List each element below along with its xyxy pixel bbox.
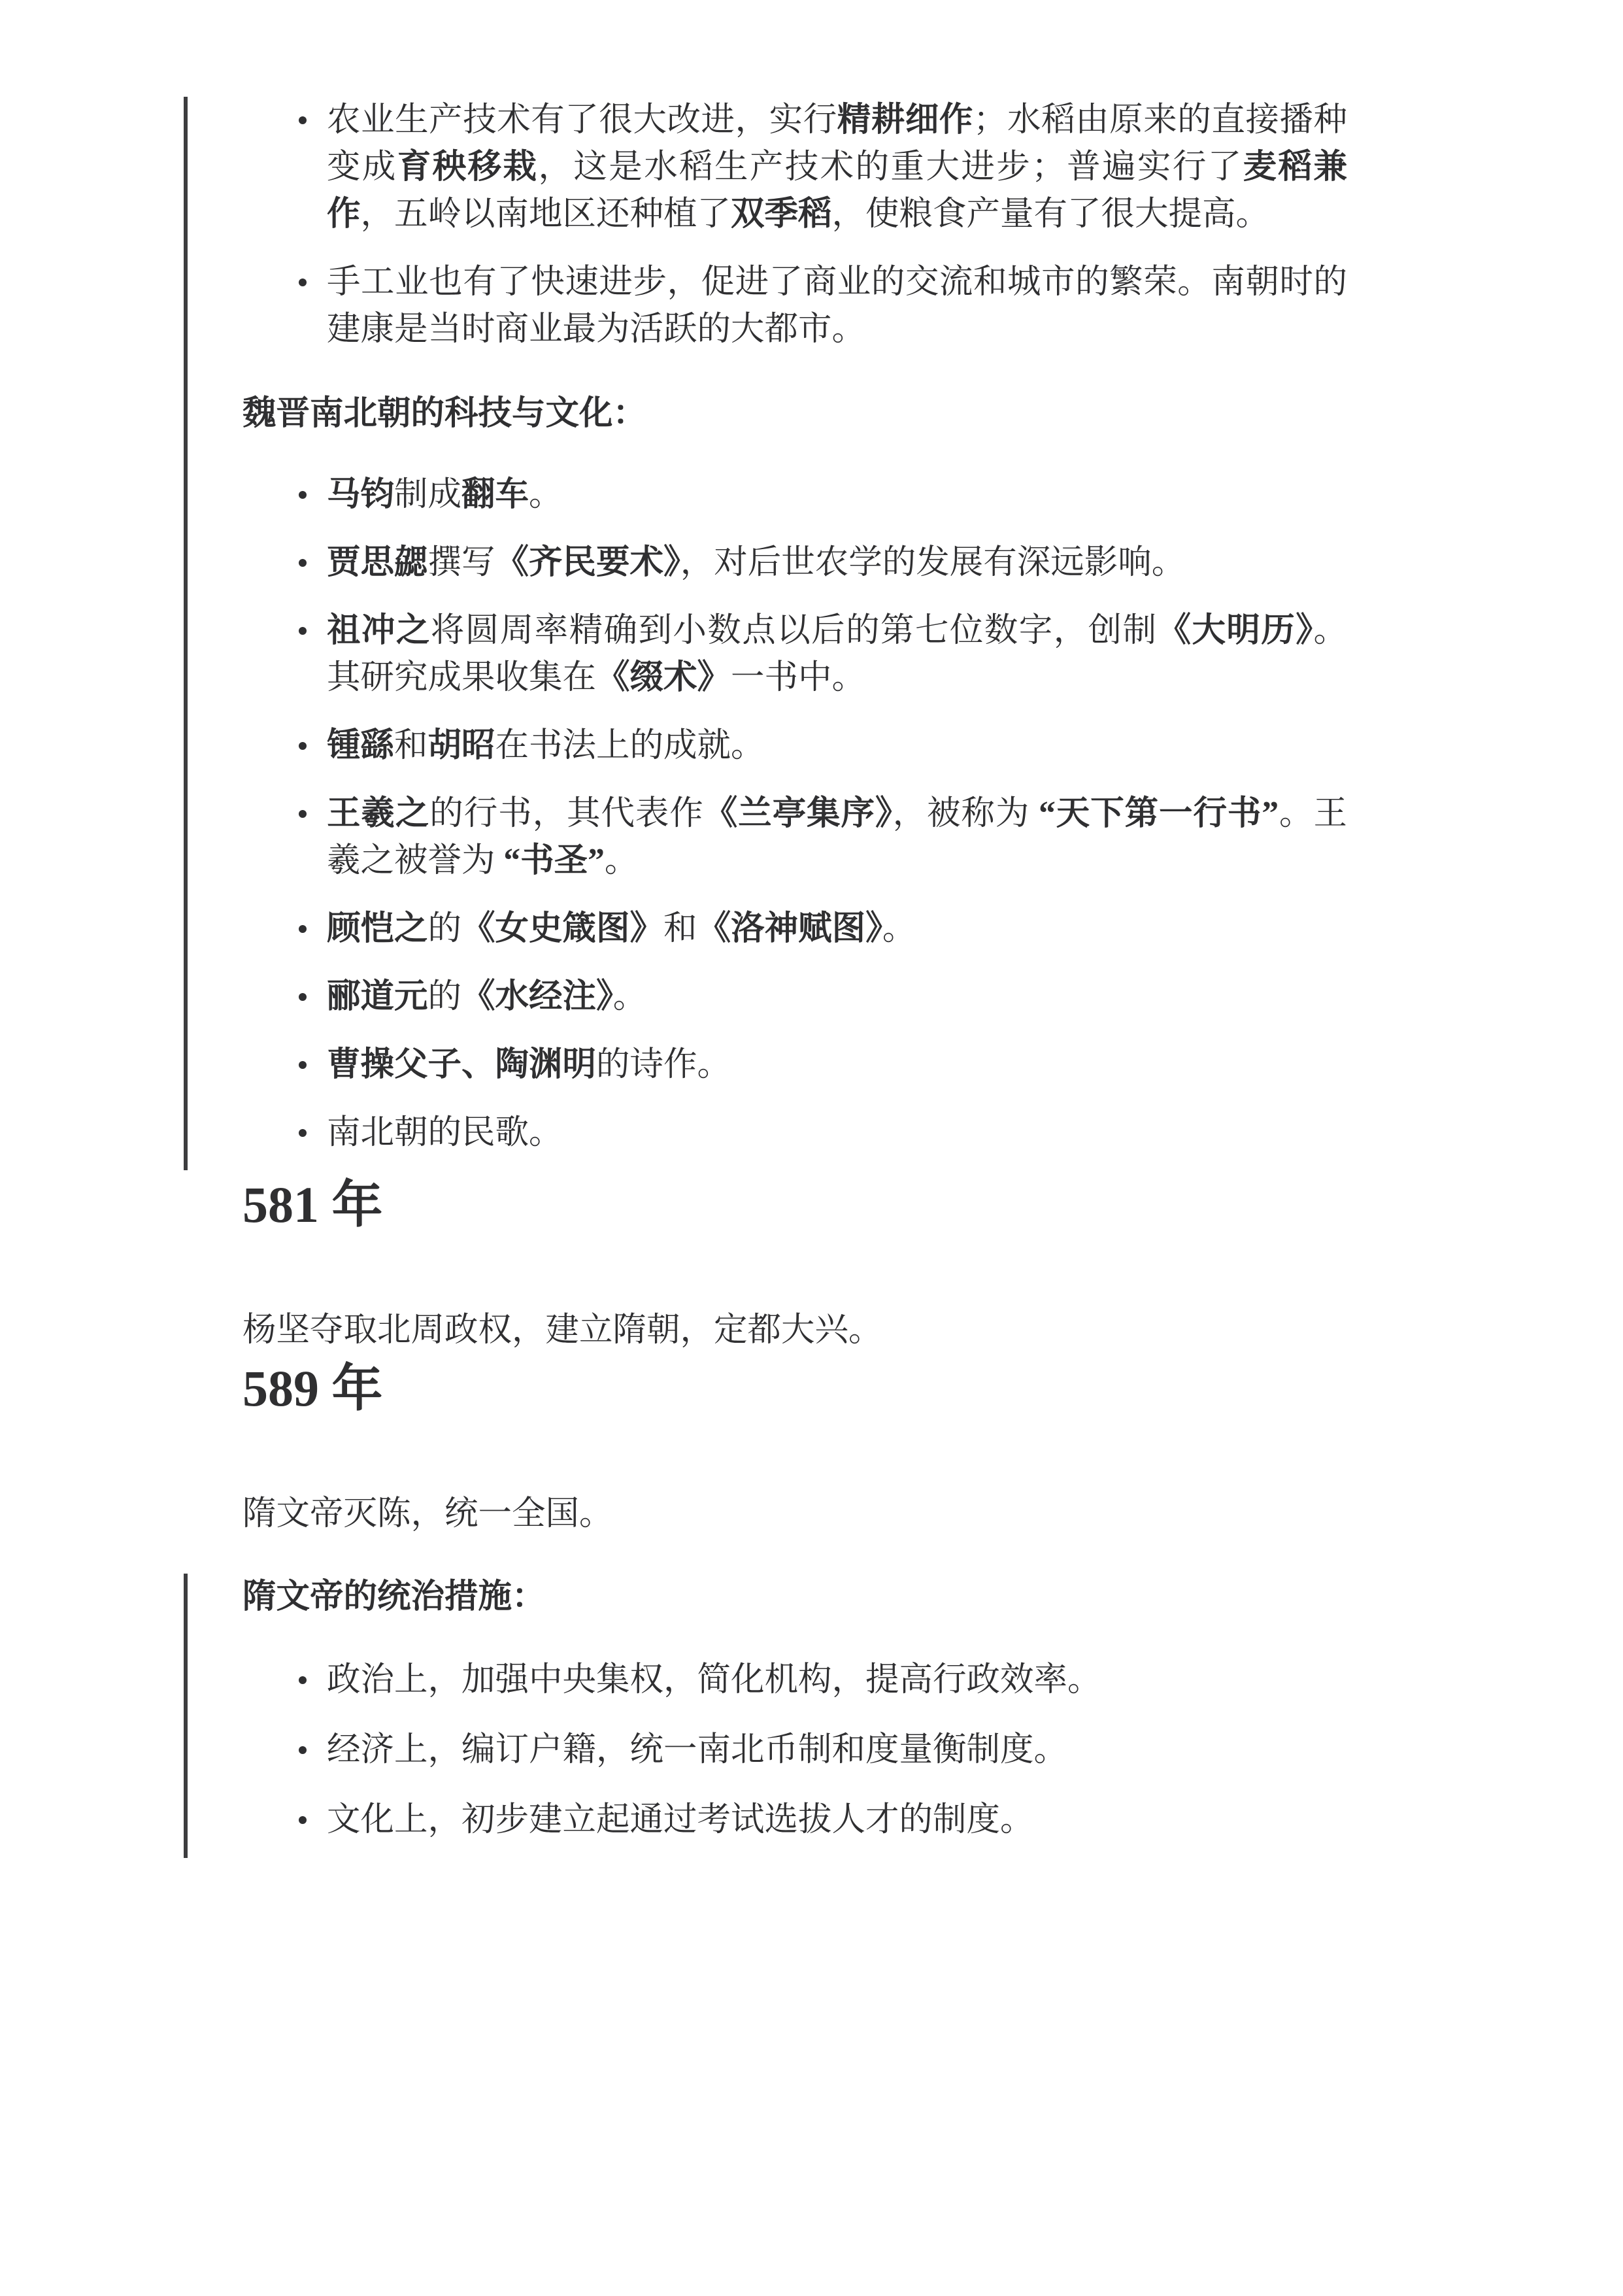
paragraph-year-589: 隋文帝灭陈，统一全国。 <box>243 1491 1347 1538</box>
blockquote-wei-jin-overview: 农业生产技术有了很大改进，实行精耕细作；水稻由原来的直接播种变成育秧移栽，这是水… <box>184 97 1347 1170</box>
bullet-economy: 经济上，编订户籍，统一南北币制和度量衡制度。 <box>243 1727 1347 1774</box>
blockquote-sui-wendi: 隋文帝的统治措施： 政治上，加强中央集权，简化机构，提高行政效率。 经济上，编订… <box>184 1574 1347 1858</box>
bullet-culture: 文化上，初步建立起通过考试选拔人才的制度。 <box>243 1797 1347 1844</box>
bullet-li-daoyuan: 郦道元的《水经注》。 <box>243 973 1347 1021</box>
bullet-zu-chongzhi: 祖冲之将圆周率精确到小数点以后的第七位数字，创制《大明历》。其研究成果收集在《缀… <box>243 607 1347 701</box>
bullet-ma-jun: 马钧制成翻车。 <box>243 471 1347 518</box>
bullet-wang-xizhi: 王羲之的行书，其代表作《兰亭集序》，被称为 “天下第一行书”。王羲之被誉为 “书… <box>243 790 1347 885</box>
bullet-southern-northern-folk-songs: 南北朝的民歌。 <box>243 1109 1347 1156</box>
heading-year-581: 581 年 <box>243 1170 1347 1239</box>
bullet-politics: 政治上，加强中央集权，简化机构，提高行政效率。 <box>243 1657 1347 1704</box>
wei-jin-overview-list: 农业生产技术有了很大改进，实行精耕细作；水稻由原来的直接播种变成育秧移栽，这是水… <box>243 97 1347 353</box>
sui-wendi-measures-list: 政治上，加强中央集权，简化机构，提高行政效率。 经济上，编订户籍，统一南北币制和… <box>243 1657 1347 1844</box>
paragraph-year-581: 杨坚夺取北周政权，建立隋朝，定都大兴。 <box>243 1307 1347 1354</box>
heading-wei-jin-tech-culture: 魏晋南北朝的科技与文化： <box>243 390 1347 437</box>
bullet-cao-cao-tao-yuanming: 曹操父子、陶渊明的诗作。 <box>243 1041 1347 1089</box>
bullet-handicraft: 手工业也有了快速进步，促进了商业的交流和城市的繁荣。南朝时的建康是当时商业最为活… <box>243 259 1347 353</box>
bullet-gu-kaizhi: 顾恺之的《女史箴图》和《洛神赋图》。 <box>243 905 1347 953</box>
bullet-jia-sixie: 贾思勰撰写《齐民要术》，对后世农学的发展有深远影响。 <box>243 539 1347 586</box>
heading-year-589: 589 年 <box>243 1354 1347 1423</box>
bullet-zhong-yao-hu-zhao: 锺繇和胡昭在书法上的成就。 <box>243 722 1347 769</box>
bullet-agriculture: 农业生产技术有了很大改进，实行精耕细作；水稻由原来的直接播种变成育秧移栽，这是水… <box>243 97 1347 238</box>
heading-sui-wendi-measures: 隋文帝的统治措施： <box>243 1574 1347 1621</box>
wei-jin-tech-culture-list: 马钧制成翻车。 贾思勰撰写《齐民要术》，对后世农学的发展有深远影响。 祖冲之将圆… <box>243 471 1347 1156</box>
document-page: 农业生产技术有了很大改进，实行精耕细作；水稻由原来的直接播种变成育秧移栽，这是水… <box>0 0 1623 2296</box>
